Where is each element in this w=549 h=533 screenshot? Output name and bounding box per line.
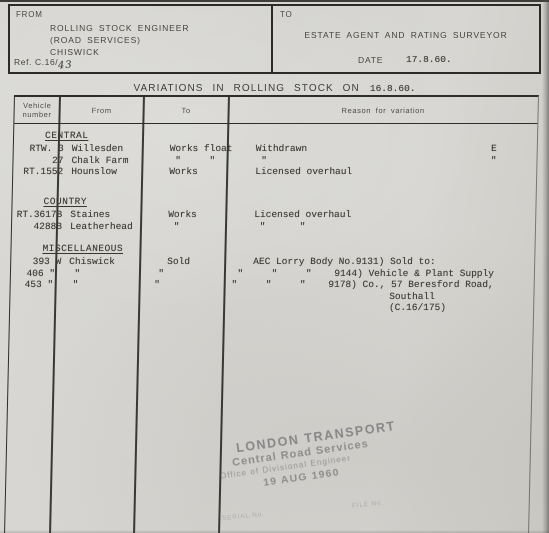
cell-to: Works float (143, 143, 228, 155)
scan-edge-right (542, 0, 549, 533)
cell-reason: (C.16/175) (224, 302, 533, 314)
document-title: VARIATIONS IN ROLLING STOCK ON16.8.60. (0, 78, 549, 96)
cell-vehicle: RTW. 3 (14, 143, 64, 155)
table-header-row: Vehicle number From To Reason for variat… (14, 97, 538, 124)
cell-vehicle: 27 (13, 155, 63, 167)
table-row: 27 Chalk Farm " " "" (13, 155, 536, 167)
reason-text: " " " 9144) Vehicle & Plant Supply (232, 268, 495, 280)
from-address-line: CHISWICK (50, 47, 100, 57)
cell-reason: Licensed overhaul (227, 166, 536, 178)
reason-text: " " (254, 221, 306, 233)
cell-from: Willesden (59, 143, 143, 155)
cell-to: Works (142, 166, 227, 178)
cell-to (139, 291, 224, 303)
table-row: (C.16/175) (10, 302, 533, 314)
scan-edge-top (0, 0, 549, 2)
cell-to: Sold (140, 256, 225, 268)
cell-from: Hounslow (58, 166, 142, 178)
reason-text: " " " 9178) Co., 57 Beresford Road, (226, 279, 494, 291)
cell-to: " (141, 221, 226, 233)
cell-reason: "" (227, 155, 536, 167)
cell-from: Chalk Farm (58, 155, 142, 167)
section-miscellaneous: MISCELLANEOUS 393 W Chiswick Sold AEC Lo… (10, 243, 535, 314)
date-value: 17.8.60. (406, 54, 452, 65)
section-heading: COUNTRY (43, 196, 535, 209)
date-label: DATE (358, 55, 383, 65)
from-address-line: ROLLING STOCK ENGINEER (50, 23, 189, 33)
title-date: 16.8.60. (370, 83, 416, 94)
column-header-to: To (143, 97, 229, 123)
table-row: 406 " " " " " " 9144) Vehicle & Plant Su… (11, 268, 534, 280)
section-central: CENTRAL RTW. 3 Willesden Works float Wit… (13, 130, 537, 178)
cell-from: Leatherhead (57, 221, 141, 233)
cell-from: Staines (57, 209, 141, 221)
cell-reason: " " (226, 221, 535, 233)
reason-note: E (491, 143, 497, 155)
title-text: VARIATIONS IN ROLLING STOCK ON (134, 83, 360, 94)
cell-to: " (125, 268, 203, 280)
column-header-from: From (59, 97, 144, 123)
cell-vehicle (10, 302, 60, 314)
reference-handwritten: 43 (58, 59, 73, 71)
reason-text: AEC Lorry Body No.9131) Sold to: (253, 256, 436, 268)
reason-text: (C.16/175) (252, 302, 446, 314)
section-heading: MISCELLANEOUS (42, 243, 534, 256)
cell-vehicle: RT.1552 (13, 166, 63, 178)
cell-vehicle: 453 " (11, 279, 54, 291)
cell-to: Works (141, 209, 226, 221)
reason-text: " (255, 155, 267, 167)
table-row: 393 W Chiswick Sold AEC Lorry Body No.91… (11, 256, 534, 268)
reason-text: Licensed overhaul (255, 166, 352, 178)
to-label: TO (280, 10, 293, 19)
from-address-line: (ROAD SERVICES) (50, 35, 141, 45)
table-row: RTW. 3 Willesden Works float WithdrawnE (14, 143, 537, 155)
cell-reason: Southall (224, 291, 533, 303)
cell-from (55, 302, 139, 314)
cell-vehicle: 406 " (11, 268, 55, 280)
reason-text: Withdrawn (256, 143, 308, 155)
table-row: RT.1552 Hounslow Works Licensed overhaul (13, 166, 536, 178)
cell-vehicle: 393 W (11, 256, 61, 268)
reference-printed: Ref. C.16/ (14, 57, 58, 67)
section-country: COUNTRY RT.3617B Staines Works Licensed … (12, 196, 536, 232)
column-header-vehicle-number: Vehicle number (14, 97, 60, 123)
cell-to (139, 302, 224, 314)
cell-reason: " " " 9178) Co., 57 Beresford Road, (198, 279, 534, 291)
cell-from: " (48, 279, 122, 291)
cell-reason: Licensed overhaul (226, 209, 535, 221)
table-row: 453 " " " " " " 9178) Co., 57 Beresford … (11, 279, 534, 291)
cell-reason: WithdrawnE (228, 143, 537, 155)
section-heading: CENTRAL (45, 130, 537, 143)
cell-vehicle: RT.3617B (12, 209, 62, 221)
from-label: FROM (16, 10, 43, 19)
cell-from: Chiswick (56, 256, 140, 268)
table-row: 4288B Leatherhead " " " (12, 221, 535, 233)
cell-from (55, 291, 139, 303)
reason-text: Licensed overhaul (254, 209, 351, 221)
cell-to: " " (142, 155, 227, 167)
cell-reason: " " " 9144) Vehicle & Plant Supply (204, 268, 535, 280)
reason-note: " (491, 155, 497, 167)
to-box: TO ESTATE AGENT AND RATING SURVEYOR DATE… (273, 6, 539, 72)
cell-to: " (121, 279, 198, 291)
table-row: Southall (10, 291, 533, 303)
table-row: RT.3617B Staines Works Licensed overhaul (12, 209, 535, 221)
cell-reason: AEC Lorry Body No.9131) Sold to: (225, 256, 534, 268)
column-header-reason: Reason for variation (228, 97, 538, 123)
header-boxes: FROM ROLLING STOCK ENGINEER (ROAD SERVIC… (8, 4, 541, 74)
cell-vehicle (10, 291, 60, 303)
cell-from: " (50, 268, 126, 280)
from-box: FROM ROLLING STOCK ENGINEER (ROAD SERVIC… (10, 6, 273, 72)
reference-line: Ref. C.16/43 (14, 57, 73, 68)
reason-text: Southall (252, 291, 435, 303)
cell-vehicle: 4288B (12, 221, 62, 233)
scanned-document: FROM ROLLING STOCK ENGINEER (ROAD SERVIC… (0, 0, 549, 533)
to-recipient: ESTATE AGENT AND RATING SURVEYOR (273, 30, 539, 40)
